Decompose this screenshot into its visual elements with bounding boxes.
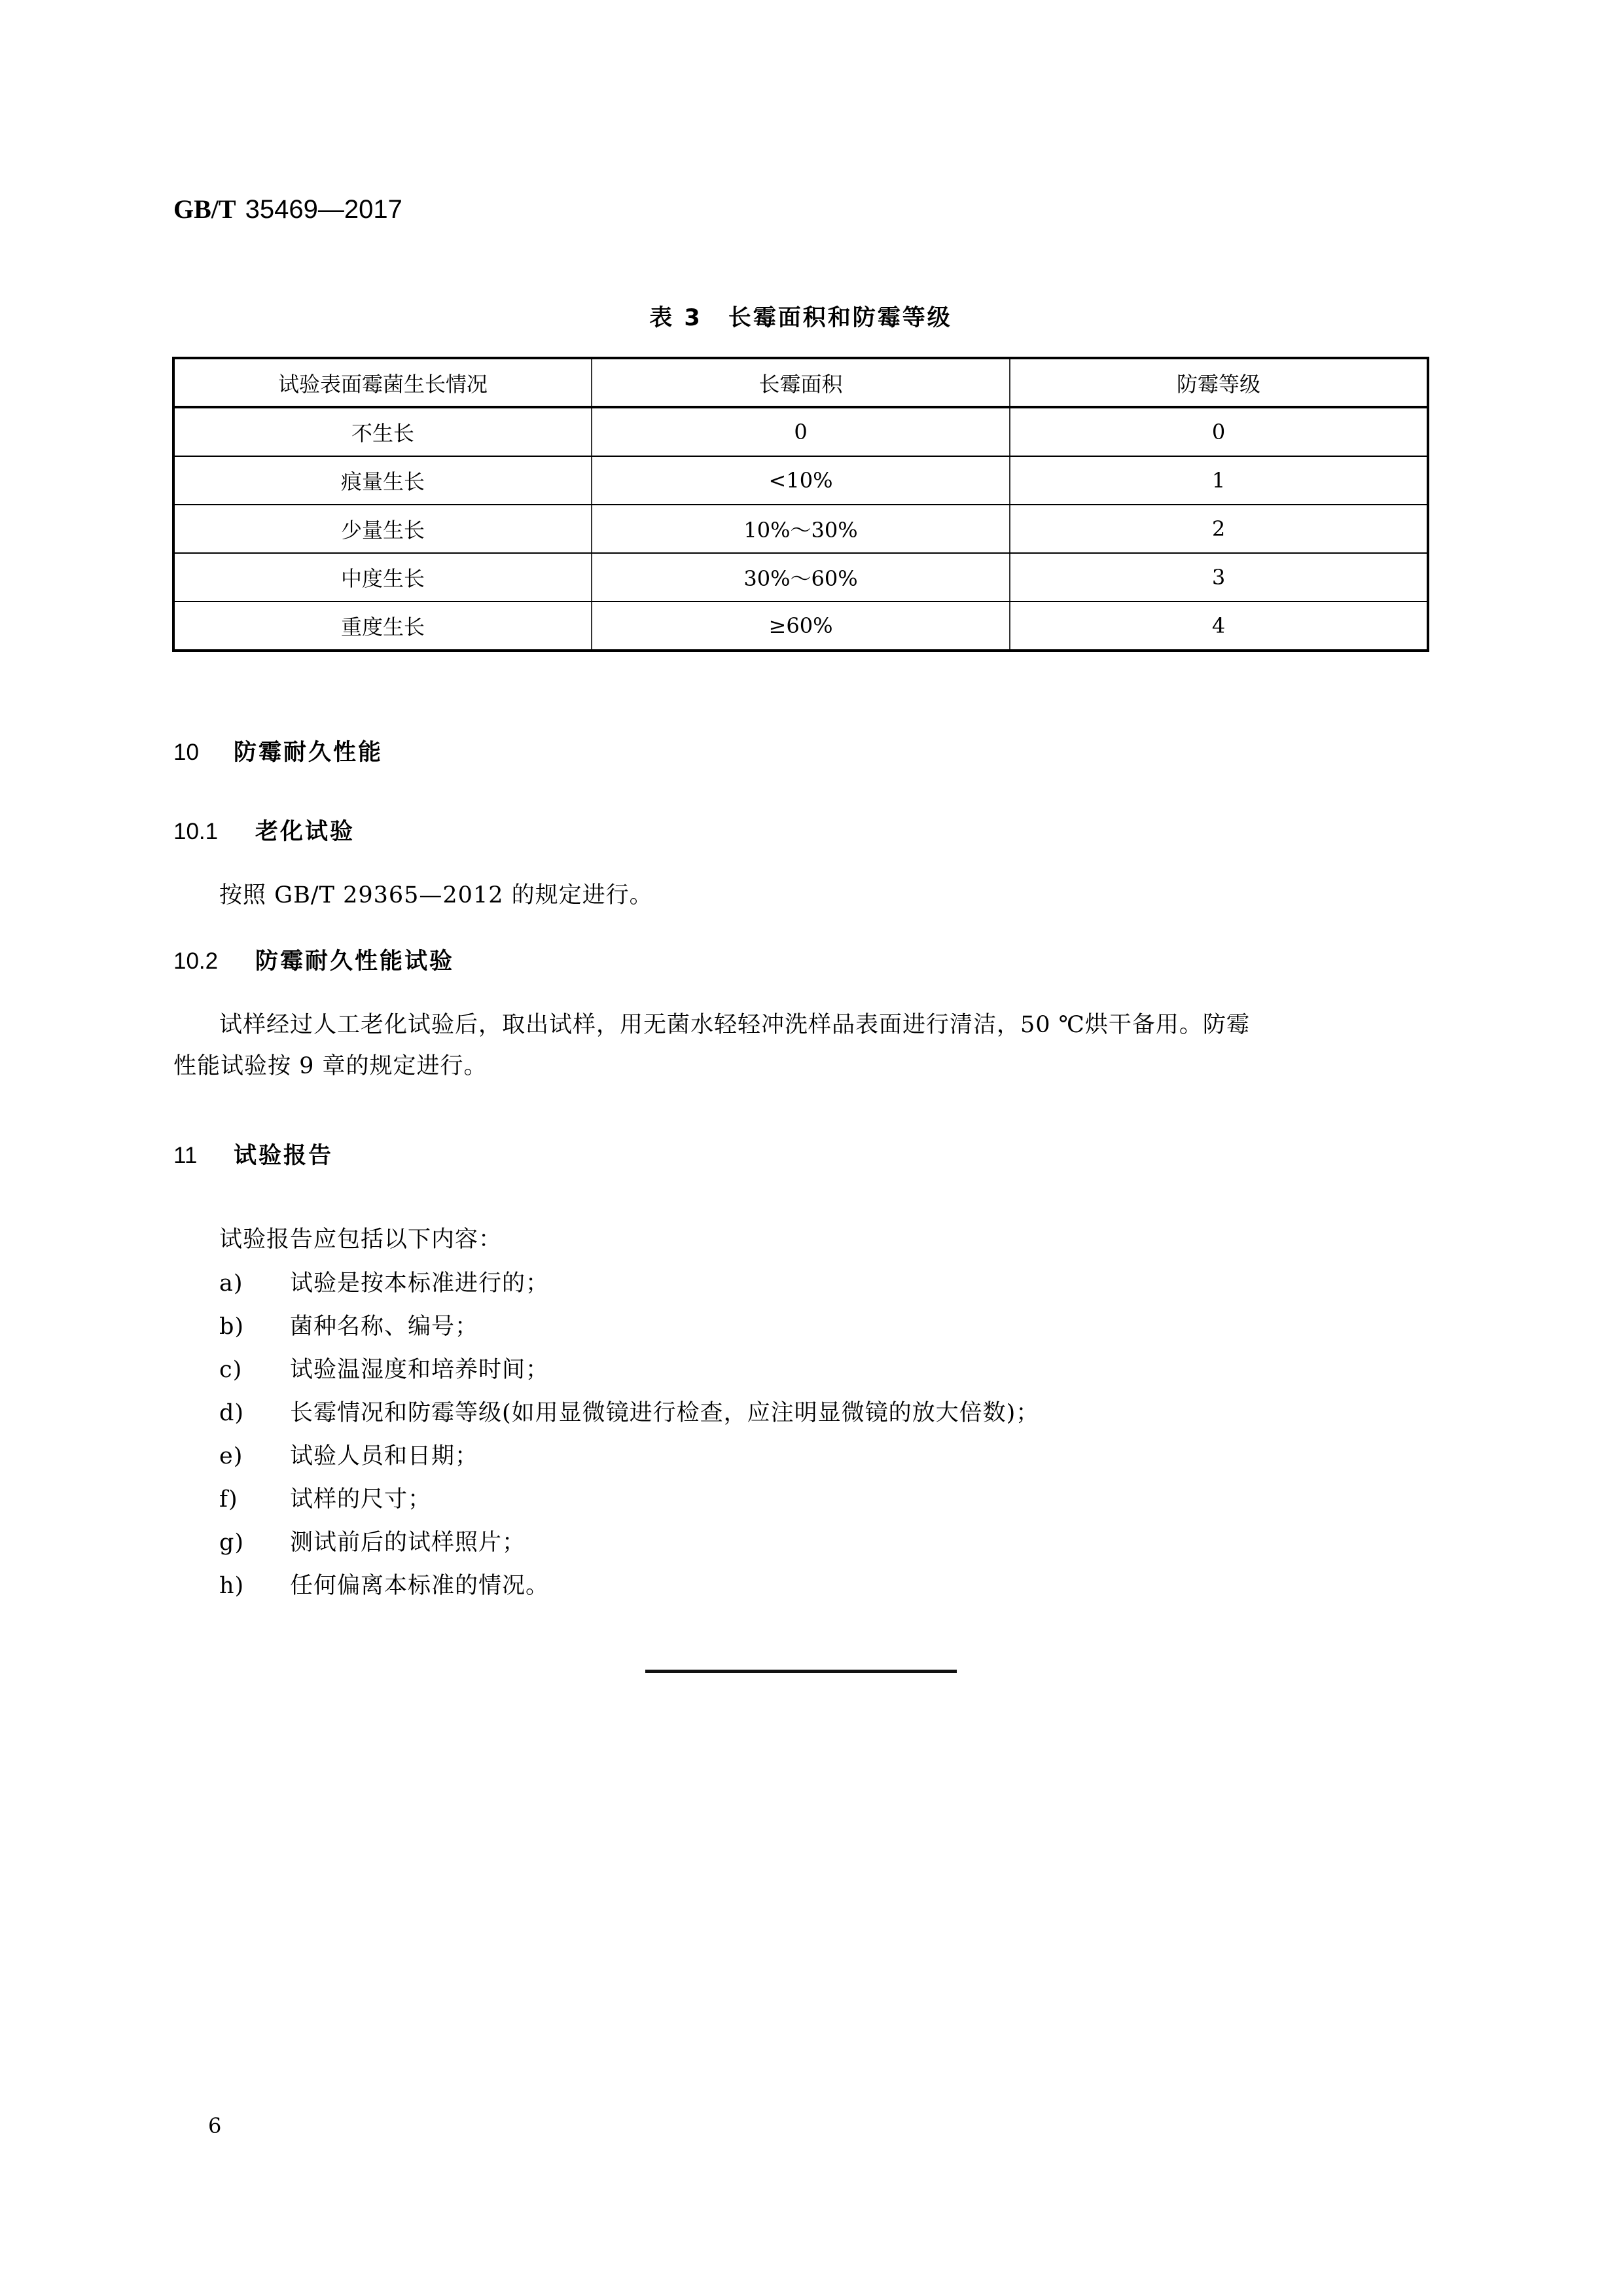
section-title: 防霉耐久性能试验 bbox=[255, 948, 454, 975]
section-heading-10-2: 10.2防霉耐久性能试验 bbox=[173, 945, 454, 978]
cell-area: <10% bbox=[592, 456, 1010, 505]
cell-grade: 0 bbox=[1010, 407, 1428, 456]
list-marker: f) bbox=[219, 1483, 290, 1516]
list-marker: e) bbox=[219, 1440, 290, 1473]
section-number: 10.2 bbox=[173, 945, 255, 978]
cell-grade: 2 bbox=[1010, 505, 1428, 553]
list-item: b)菌种名称、编号； bbox=[219, 1310, 478, 1343]
list-item: e)试验人员和日期； bbox=[219, 1440, 478, 1473]
section-heading-10-1: 10.1老化试验 bbox=[173, 816, 355, 848]
list-item: d)长霉情况和防霉等级(如用显微镜进行检查，应注明显微镜的放大倍数)； bbox=[219, 1397, 1039, 1429]
table-caption: 表 3长霉面积和防霉等级 bbox=[172, 300, 1429, 336]
section-heading-10: 10防霉耐久性能 bbox=[173, 736, 383, 769]
section-heading-11: 11试验报告 bbox=[173, 1139, 333, 1172]
standard-prefix: GB/T bbox=[173, 194, 236, 224]
paragraph-10-2-line-2: 性能试验按 9 章的规定进行。 bbox=[173, 1050, 488, 1083]
list-marker: c) bbox=[219, 1354, 290, 1386]
cell-area: 30%～60% bbox=[592, 553, 1010, 601]
report-intro: 试验报告应包括以下内容： bbox=[219, 1223, 502, 1256]
section-title: 老化试验 bbox=[255, 819, 355, 845]
list-item-text: 菌种名称、编号； bbox=[290, 1314, 478, 1340]
list-item-text: 试验是按本标准进行的； bbox=[290, 1270, 549, 1297]
cell-growth: 不生长 bbox=[173, 407, 592, 456]
list-item: a)试验是按本标准进行的； bbox=[219, 1267, 549, 1300]
cell-area: 10%～30% bbox=[592, 505, 1010, 553]
table-row: 不生长 0 0 bbox=[173, 407, 1428, 456]
cell-growth: 重度生长 bbox=[173, 601, 592, 651]
cell-growth: 少量生长 bbox=[173, 505, 592, 553]
list-item: c)试验温湿度和培养时间； bbox=[219, 1354, 549, 1386]
section-title: 防霉耐久性能 bbox=[234, 740, 383, 766]
table-row: 痕量生长 <10% 1 bbox=[173, 456, 1428, 505]
list-item: h)任何偏离本标准的情况。 bbox=[219, 1570, 549, 1602]
table-caption-number: 表 3 bbox=[649, 305, 702, 331]
table-row: 少量生长 10%～30% 2 bbox=[173, 505, 1428, 553]
cell-grade: 4 bbox=[1010, 601, 1428, 651]
cell-growth: 中度生长 bbox=[173, 553, 592, 601]
end-of-document-rule bbox=[645, 1670, 957, 1673]
cell-grade: 1 bbox=[1010, 456, 1428, 505]
paragraph-10-1: 按照 GB/T 29365—2012 的规定进行。 bbox=[219, 879, 653, 912]
list-marker: g) bbox=[219, 1526, 290, 1559]
list-item-text: 试验温湿度和培养时间； bbox=[290, 1357, 549, 1383]
list-item: g)测试前后的试样照片； bbox=[219, 1526, 526, 1559]
section-number: 11 bbox=[173, 1139, 234, 1172]
section-number: 10.1 bbox=[173, 816, 255, 848]
list-item: f)试样的尺寸； bbox=[219, 1483, 431, 1516]
list-item-text: 任何偏离本标准的情况。 bbox=[290, 1573, 549, 1599]
list-item-text: 试验人员和日期； bbox=[290, 1443, 478, 1469]
mold-grade-table: 试验表面霉菌生长情况 长霉面积 防霉等级 不生长 0 0 痕量生长 <10% 1… bbox=[172, 357, 1429, 652]
table-row: 重度生长 ≥60% 4 bbox=[173, 601, 1428, 651]
table-row: 中度生长 30%～60% 3 bbox=[173, 553, 1428, 601]
table-caption-title: 长霉面积和防霉等级 bbox=[728, 305, 952, 331]
cell-area: 0 bbox=[592, 407, 1010, 456]
list-item-text: 测试前后的试样照片； bbox=[290, 1530, 526, 1556]
column-header-area: 长霉面积 bbox=[592, 358, 1010, 407]
column-header-growth: 试验表面霉菌生长情况 bbox=[173, 358, 592, 407]
list-marker: b) bbox=[219, 1310, 290, 1343]
paragraph-10-2-line-1: 试样经过人工老化试验后，取出试样，用无菌水轻轻冲洗样品表面进行清洁，50 ℃烘干… bbox=[219, 1009, 1250, 1041]
list-item-text: 长霉情况和防霉等级(如用显微镜进行检查，应注明显微镜的放大倍数)； bbox=[290, 1400, 1039, 1426]
list-marker: h) bbox=[219, 1570, 290, 1602]
list-item-text: 试样的尺寸； bbox=[290, 1486, 431, 1513]
table-header-row: 试验表面霉菌生长情况 长霉面积 防霉等级 bbox=[173, 358, 1428, 407]
column-header-grade: 防霉等级 bbox=[1010, 358, 1428, 407]
document-header: GB/T35469—2017 bbox=[173, 194, 402, 225]
list-marker: d) bbox=[219, 1397, 290, 1429]
section-title: 试验报告 bbox=[234, 1143, 333, 1169]
standard-number: 35469—2017 bbox=[245, 195, 402, 224]
cell-area: ≥60% bbox=[592, 601, 1010, 651]
cell-growth: 痕量生长 bbox=[173, 456, 592, 505]
cell-grade: 3 bbox=[1010, 553, 1428, 601]
page-number: 6 bbox=[208, 2113, 221, 2139]
list-marker: a) bbox=[219, 1267, 290, 1300]
section-number: 10 bbox=[173, 736, 234, 769]
